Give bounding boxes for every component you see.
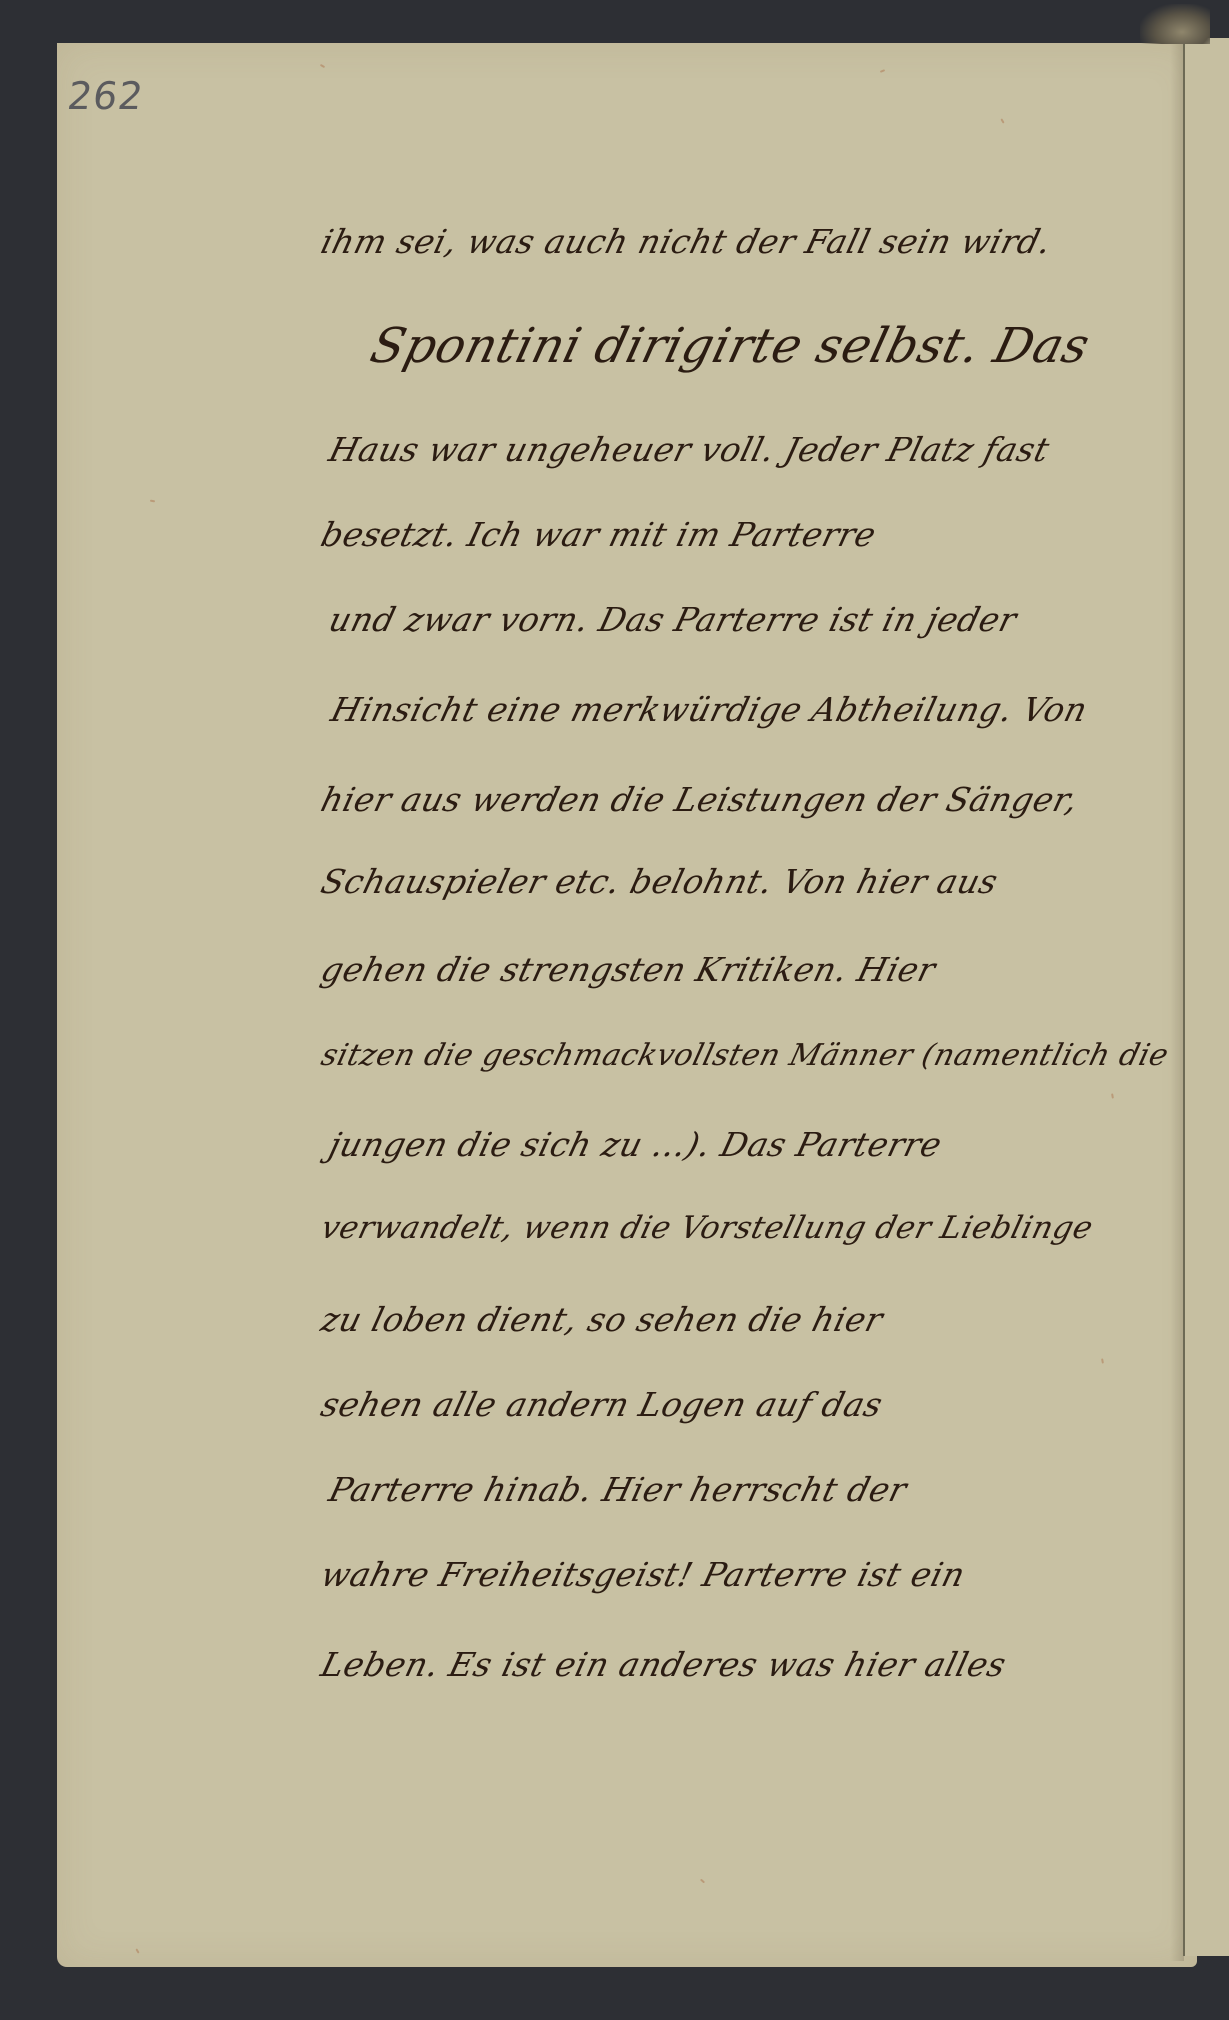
handwritten-line: besetzt. Ich war mit im Parterre	[317, 515, 880, 554]
handwritten-line: und zwar vorn. Das Parterre ist in jeder	[325, 600, 1021, 639]
handwritten-line: Parterre hinab. Hier herrscht der	[325, 1470, 911, 1509]
handwritten-line: Schauspieler etc. belohnt. Von hier aus	[317, 862, 1002, 901]
handwritten-line: sitzen die geschmackvollsten Männer (nam…	[318, 1038, 1173, 1073]
binding-thread	[1140, 4, 1210, 44]
handwritten-line: Leben. Es ist ein anderes was hier alles	[317, 1645, 1010, 1684]
handwritten-line: sehen alle andern Logen auf das	[317, 1385, 887, 1424]
handwritten-line: verwandelt, wenn die Vorstellung der Lie…	[318, 1210, 1097, 1246]
handwritten-line: zu loben dient, so sehen die hier	[317, 1300, 887, 1339]
handwritten-line: ihm sei, was auch nicht der Fall sein wi…	[317, 222, 1055, 261]
handwritten-line: wahre Freiheitsgeist! Parterre ist ein	[317, 1555, 969, 1594]
gutter-shadow	[1170, 43, 1184, 1961]
handwritten-line: hier aus werden die Leistungen der Sänge…	[317, 780, 1082, 819]
folio-number: 262	[65, 74, 147, 118]
handwritten-line: Haus war ungeheuer voll. Jeder Platz fas…	[325, 430, 1053, 469]
handwritten-line-spontini: Spontini dirigirte selbst. Das	[365, 318, 1095, 374]
adjacent-page-edge	[1183, 38, 1229, 1956]
handwritten-line: jungen die sich zu ...). Das Parterre	[325, 1125, 946, 1164]
handwritten-line: Hinsicht eine merkwürdige Abtheilung. Vo…	[327, 690, 1091, 729]
handwritten-line: gehen die strengsten Kritiken. Hier	[317, 950, 940, 989]
